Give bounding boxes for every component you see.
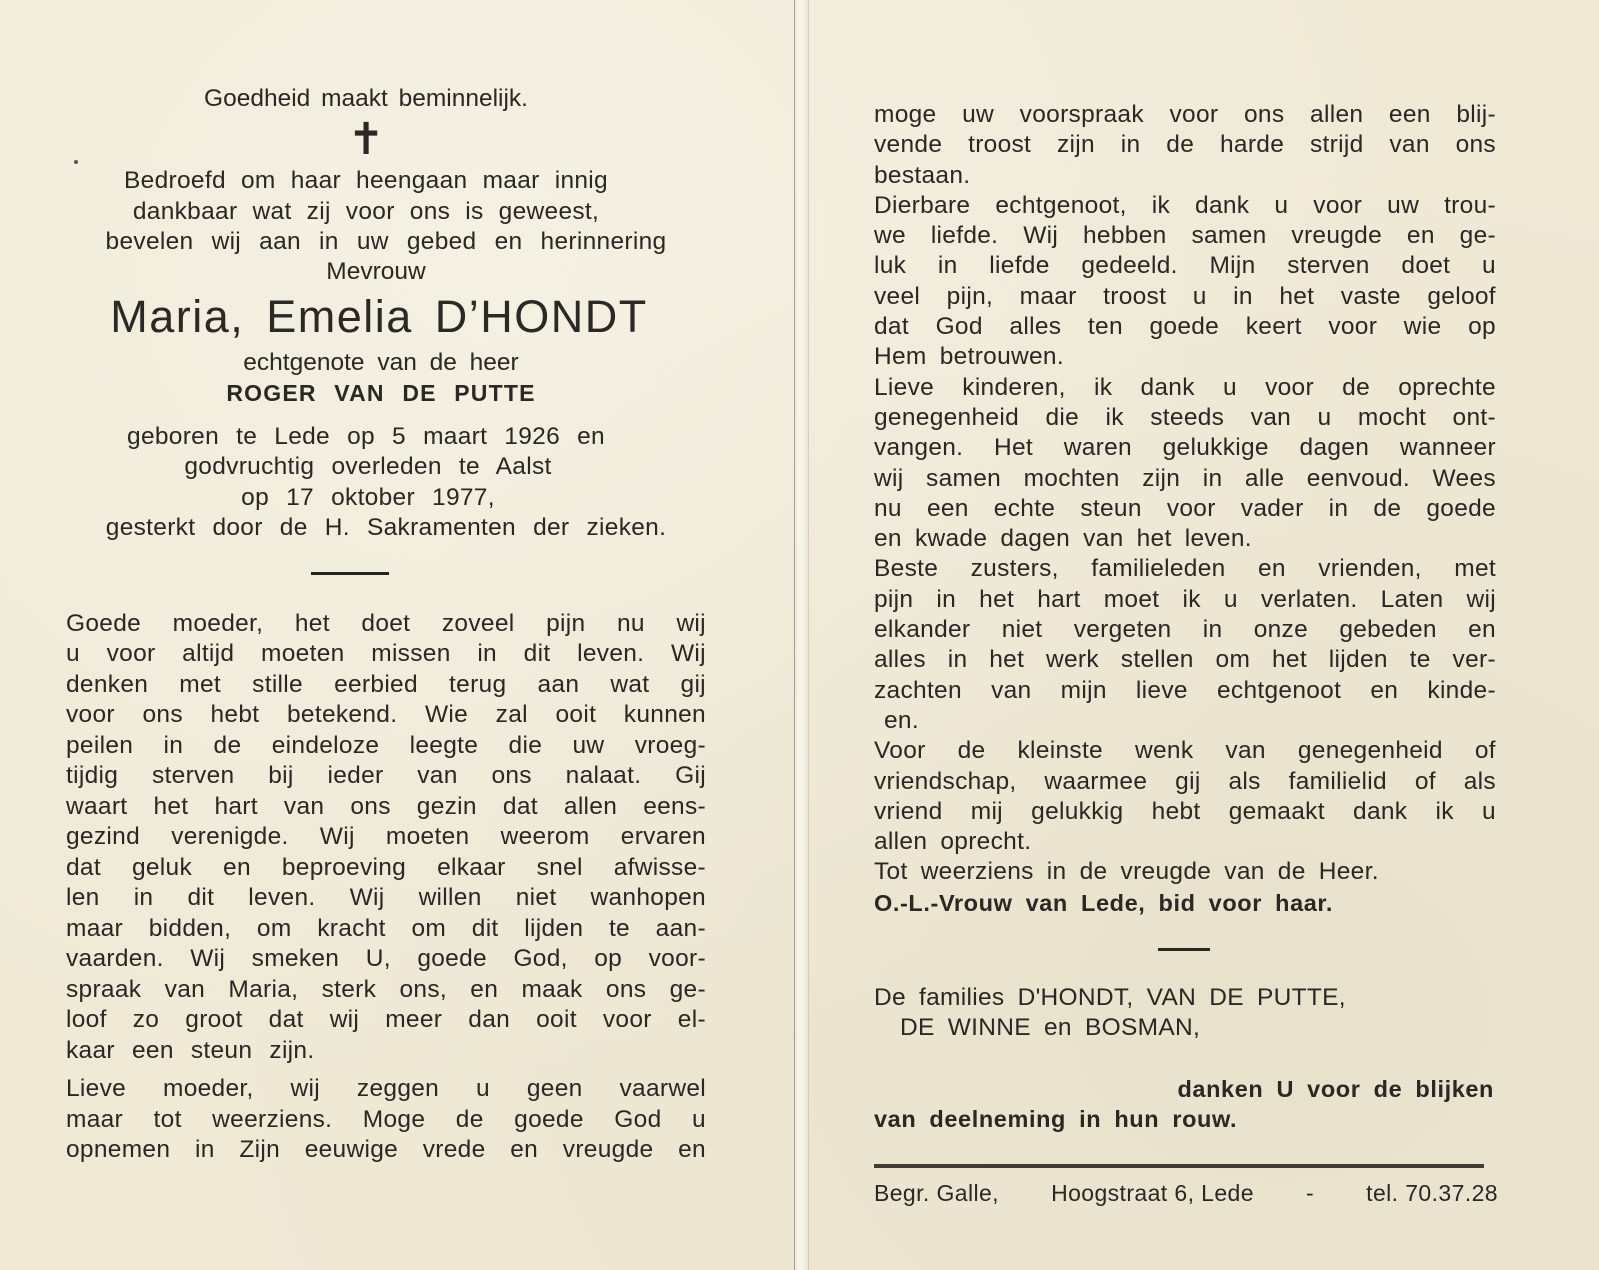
text-line: Lievekinderen,ikdankuvoordeoprechte [874, 373, 1496, 403]
word: geen [527, 1074, 583, 1105]
word: ervaren [621, 822, 706, 853]
text-line: weliefde.Wijhebbensamenvreugdeenge- [874, 221, 1496, 251]
word: of [1415, 767, 1436, 797]
word: waarmee [1044, 767, 1147, 797]
word: vriendschap, [874, 767, 1017, 797]
word: moeten [261, 639, 345, 670]
word: alles [1009, 312, 1061, 342]
word: elkaar [437, 853, 506, 884]
text-line: zachtenvanmijnlieveechtgenootenkinde- [874, 676, 1496, 706]
word: liefde. [931, 221, 998, 251]
word: tijdig [66, 761, 118, 792]
word: len [66, 883, 100, 914]
word: verlaten. [1261, 585, 1358, 615]
word: luk [874, 251, 906, 281]
word: vreugde [563, 1135, 654, 1166]
word: vroeg- [635, 731, 706, 762]
word: ten [1088, 312, 1123, 342]
word: harde [1220, 130, 1284, 160]
text-line: datGodallestengoedekeertvoorwieop [874, 312, 1496, 342]
word: van [1225, 736, 1265, 766]
word: hebt [1152, 797, 1201, 827]
word: Lieve [874, 373, 934, 403]
word: ieder [327, 761, 383, 792]
word: ge- [1460, 221, 1496, 251]
thanks-line: danken U voor de blijken [874, 1074, 1496, 1104]
text-line: leninditleven.Wijwillennietwanhopen [66, 883, 706, 914]
text-line: veelpijn,maartroostuinhetvastegeloof [874, 282, 1496, 312]
word: eenvoud. [1307, 464, 1410, 494]
word: voor [1313, 191, 1362, 221]
word: in [936, 585, 956, 615]
paragraph-gratitude: Voordekleinstewenkvangenegenheidof vrien… [874, 736, 1496, 857]
word: mijn [1061, 676, 1107, 706]
word: gezin [417, 792, 477, 823]
text-line: mogeuwvoorspraakvooronsalleneenblij- [874, 100, 1496, 130]
word: doet [1401, 251, 1450, 281]
text-line: loofzogrootdatwijmeerdanooitvoorel- [66, 1005, 706, 1036]
word: van [1389, 130, 1429, 160]
word: trou- [1444, 191, 1496, 221]
word: ge- [670, 975, 706, 1006]
word: maar [66, 1105, 123, 1136]
word: genegenheid [1298, 736, 1443, 766]
word: familielid [1289, 767, 1387, 797]
word: ooit [536, 1005, 577, 1036]
word: samen [926, 464, 1001, 494]
word: goede [514, 1105, 584, 1136]
word: kracht [317, 914, 386, 945]
word: u [1318, 403, 1332, 433]
word: strijd [1310, 130, 1364, 160]
word: werk [1046, 645, 1099, 675]
word: van [417, 761, 457, 792]
word: kinde- [1427, 676, 1496, 706]
word: vrienden, [1318, 554, 1422, 584]
word: Maria, [228, 975, 298, 1006]
word: waren [1064, 433, 1132, 463]
word: leven. [248, 883, 315, 914]
word: Laten [1381, 585, 1444, 615]
text-line: pijninhethartmoetikuverlaten.Latenwij [874, 585, 1496, 615]
word: u [1274, 191, 1288, 221]
text-line: waarthethartvanonsgezindatalleneens- [66, 792, 706, 823]
word: om [411, 914, 446, 945]
paragraph-farewell-mother: Lievemoeder,wijzeggenugeenvaarwel maarto… [66, 1074, 706, 1166]
word: gij [681, 670, 706, 701]
word: mij [971, 797, 1003, 827]
word: leven. [577, 639, 644, 670]
word: spraak [66, 975, 141, 1006]
word: onze [1254, 615, 1308, 645]
word: zijn [1142, 464, 1180, 494]
text-line: allesinhetwerkstellenomhetlijdentever- [874, 645, 1496, 675]
word: bidden, [149, 914, 231, 945]
word: vrede [423, 1135, 486, 1166]
word: en [1407, 221, 1435, 251]
word: ons [142, 700, 182, 731]
word: opnemen [66, 1135, 170, 1166]
word: Lieve [66, 1074, 126, 1105]
intro-line: Bedroefd om haar heengaan maar innig [26, 166, 706, 197]
printer-footer: Begr. Galle, Hoogstraat 6, Lede - tel. 7… [874, 1178, 1498, 1208]
text-line: wijsamenmochtenzijninalleeenvoud.Wees [874, 464, 1496, 494]
word: dit [472, 914, 499, 945]
word: van [991, 676, 1031, 706]
word: Wij [350, 883, 385, 914]
word: aan [537, 670, 579, 701]
word: altijd [182, 639, 234, 670]
word: wanhopen [591, 883, 706, 914]
paragraph-intercession: mogeuwvoorspraakvooronsalleneenblij- ven… [874, 100, 1496, 191]
word: samen [1191, 221, 1266, 251]
word: zo [133, 1005, 159, 1036]
word: gezind [66, 822, 140, 853]
word: Beste [874, 554, 938, 584]
word: Goede [66, 609, 141, 640]
word: wanneer [1400, 433, 1496, 463]
word: Mijn [1209, 251, 1255, 281]
word: voor [107, 639, 156, 670]
word: vaste [1341, 282, 1401, 312]
word: allen [564, 792, 617, 823]
word: nalaat. [566, 761, 642, 792]
word: hart [214, 792, 257, 823]
word: meer [385, 1005, 442, 1036]
life-dates: geboren te Lede op 5 maart 1926 en godvr… [66, 422, 706, 544]
word: het [295, 609, 330, 640]
word: moge [874, 100, 937, 130]
left-panel: Goedheid maakt beminnelijk. ✝ Bedroefd o… [66, 84, 706, 1174]
word: weerziens. [212, 1105, 332, 1136]
word: lijden [524, 914, 583, 945]
word: van [1251, 403, 1291, 433]
word: het [1279, 282, 1314, 312]
word: Voor [874, 736, 926, 766]
footer-separator: - [1306, 1178, 1314, 1208]
word: allen [1310, 100, 1363, 130]
word: Gij [675, 761, 706, 792]
word: die [509, 731, 543, 762]
word: zal [496, 700, 528, 731]
word: u [692, 1105, 706, 1136]
word: blij- [1456, 100, 1496, 130]
word: vreugde [1291, 221, 1382, 251]
word: zeggen [357, 1074, 439, 1105]
text-line: lukinliefdegedeeld.Mijnstervendoetu [874, 251, 1496, 281]
word: de [214, 731, 242, 762]
word: u [1482, 797, 1496, 827]
text-line: Lievemoeder,wijzeggenugeenvaarwel [66, 1074, 706, 1105]
text-line: Dierbareechtgenoot,ikdankuvooruwtrou- [874, 191, 1496, 221]
text-line: vriendmijgelukkighebtgemaaktdankiku [874, 797, 1496, 827]
word: en [1258, 554, 1286, 584]
word: elkander [874, 615, 970, 645]
families-line: De families D'HONDT, VAN DE PUTTE, [874, 983, 1496, 1014]
word: ooit [555, 700, 596, 731]
paragraph-children: Lievekinderen,ikdankuvoordeoprechte gene… [874, 373, 1496, 555]
word: niet [516, 883, 557, 914]
paragraph-husband: Dierbareechtgenoot,ikdankuvooruwtrou- we… [874, 191, 1496, 373]
word: moeten [386, 822, 470, 853]
word: wat [610, 670, 649, 701]
word: groot [185, 1005, 242, 1036]
text-line: nueenechtesteunvoorvaderindegoede [874, 494, 1496, 524]
word: dat [66, 853, 101, 884]
word: kunnen [624, 700, 706, 731]
intro-text: Bedroefd om haar heengaan maar innig dan… [66, 166, 706, 258]
text-line: denkenmetstilleeerbiedterugaanwatgij [66, 670, 706, 701]
word: oprechte [1398, 373, 1496, 403]
word: verenigde. [171, 822, 288, 853]
word: ik [1182, 585, 1200, 615]
word: te [1410, 645, 1431, 675]
word: het [1272, 645, 1307, 675]
spouse-prefix: echtgenote van de heer [56, 348, 706, 378]
word: ons [491, 761, 531, 792]
word: voor- [649, 944, 706, 975]
intro-line: bevelen wij aan in uw gebed en herinneri… [66, 227, 706, 258]
word: God, [513, 944, 567, 975]
word: hart [1037, 585, 1080, 615]
word: gedeeld. [1081, 251, 1177, 281]
word: u [1224, 585, 1238, 615]
text-line-last: en kwade dagen van het leven. [874, 524, 1496, 554]
word: maar [66, 914, 123, 945]
word: in [1203, 615, 1223, 645]
word: veel [874, 282, 920, 312]
word: Wij [320, 822, 355, 853]
word: el- [678, 1005, 706, 1036]
word: van [284, 792, 324, 823]
word: steeds [1150, 403, 1224, 433]
word: gij [1175, 767, 1200, 797]
word: alles [874, 645, 926, 675]
word: op [1468, 312, 1496, 342]
word: nu [874, 494, 902, 524]
word: en [1468, 615, 1496, 645]
birth-line: geboren te Lede op 5 maart 1926 en [26, 422, 706, 453]
text-line: gezindverenigde.Wijmoetenweeromervaren [66, 822, 706, 853]
word: ik [1094, 373, 1112, 403]
word: vangen. [874, 433, 963, 463]
word: voor [66, 700, 115, 731]
word: doet [361, 609, 410, 640]
word: echtgenoot [1217, 676, 1341, 706]
word: in [938, 251, 958, 281]
word: kinderen, [962, 373, 1066, 403]
word: voor [1328, 312, 1377, 342]
word: waart [66, 792, 127, 823]
word: uw [962, 100, 994, 130]
word: bij [268, 761, 293, 792]
word: leegte [410, 731, 479, 762]
word: het [153, 792, 188, 823]
undertaker-name: Begr. Galle, [874, 1178, 999, 1208]
word: nu [617, 609, 645, 640]
word: eerbied [334, 670, 418, 701]
word: en [678, 1135, 706, 1166]
text-line: tijdigstervenbijiedervanonsnalaat.Gij [66, 761, 706, 792]
word: in [1121, 130, 1141, 160]
word: ont- [1453, 403, 1496, 433]
fold-crease-right [808, 0, 809, 1270]
word: in [1329, 494, 1349, 524]
word: weerom [501, 822, 590, 853]
word: moeder, [163, 1074, 254, 1105]
word: een [1389, 100, 1431, 130]
word: ons [1244, 100, 1284, 130]
word: voorspraak [1020, 100, 1144, 130]
word: missen [371, 639, 450, 670]
farewell-line: Tot weerziens in de vreugde van de Heer. [874, 857, 1496, 887]
word: als [1228, 767, 1260, 797]
word: betekend. [287, 700, 397, 731]
cross-icon: ✝ [26, 114, 706, 166]
word: met [1454, 554, 1496, 584]
word: u [1482, 251, 1496, 281]
card-fold [794, 0, 808, 1270]
word: mocht [1358, 403, 1426, 433]
text-line-last: en. [874, 706, 1496, 736]
word: sterven [152, 761, 234, 792]
word: om [257, 914, 292, 945]
word: smeken [252, 944, 340, 975]
word: ik [1106, 403, 1124, 433]
word: Dierbare [874, 191, 970, 221]
text-line-last: allen oprecht. [874, 827, 1496, 857]
word: Wij [1023, 221, 1058, 251]
word: ik [1152, 191, 1170, 221]
word: in [195, 1135, 215, 1166]
word: de [958, 736, 986, 766]
deceased-name: Maria, Emelia D’HONDT [52, 288, 706, 346]
word: op [594, 944, 622, 975]
word: in [1203, 464, 1223, 494]
word: keert [1246, 312, 1302, 342]
word: vaarden. [66, 944, 164, 975]
word: ik [1436, 797, 1454, 827]
word: steun [1080, 494, 1141, 524]
word: aan- [656, 914, 706, 945]
word: uw [572, 731, 604, 762]
word: zijn [1057, 130, 1095, 160]
word: terug [449, 670, 506, 701]
paragraph-mother: Goedemoeder,hetdoetzoveelpijnnuwij uvoor… [66, 609, 706, 1067]
text-line: elkandernietvergeteninonzegebedenen [874, 615, 1496, 645]
word: eindeloze [272, 731, 380, 762]
word: moeder, [173, 609, 264, 640]
text-line: vendetroostzijnindehardestrijdvanons [874, 130, 1496, 160]
word: goede [1149, 312, 1219, 342]
word: en [1370, 676, 1398, 706]
word: in [164, 731, 184, 762]
word: gelukkige [1163, 433, 1269, 463]
intro-line: dankbaar wat zij voor ons is geweest, [26, 197, 706, 228]
word: snel [537, 853, 583, 884]
word: het [979, 585, 1014, 615]
word: eeuwige [305, 1135, 398, 1166]
text-line: maarbidden,omkrachtomditlijdenteaan- [66, 914, 706, 945]
word: stille [252, 670, 303, 701]
word: afwisse- [614, 853, 706, 884]
word: Het [994, 433, 1033, 463]
word: eens- [643, 792, 706, 823]
word: pijn [874, 585, 913, 615]
word: dank [1140, 373, 1194, 403]
word: God [936, 312, 983, 342]
text-line: vaarden.WijsmekenU,goedeGod,opvoor- [66, 944, 706, 975]
word: U, [366, 944, 391, 975]
word: Moge [363, 1105, 426, 1136]
word: echtgenoot, [995, 191, 1126, 221]
word: kleinste [1018, 736, 1103, 766]
word: Wie [425, 700, 468, 731]
word: uw [1387, 191, 1419, 221]
word: in [134, 883, 154, 914]
word: die [1045, 403, 1079, 433]
word: ons, [399, 975, 447, 1006]
word: voor [1265, 373, 1314, 403]
text-line: datgelukenbeproevingelkaarsnelafwisse- [66, 853, 706, 884]
word: vriend [874, 797, 943, 827]
word: dit [187, 883, 214, 914]
word: in [1233, 282, 1253, 312]
word: ver- [1453, 645, 1496, 675]
text-line: vooronshebtbetekend.Wiezalooitkunnen [66, 700, 706, 731]
invocation-line: O.-L.-Vrouw van Lede, bid voor haar. [874, 888, 1496, 918]
word: dank [1195, 191, 1249, 221]
text-line: uvooraltijdmoetenmisseninditleven.Wij [66, 639, 706, 670]
word: vader [1241, 494, 1304, 524]
text-line: genegenheiddieiksteedsvanumochtont- [874, 403, 1496, 433]
word: geloof [1427, 282, 1496, 312]
word: vergeten [1074, 615, 1172, 645]
text-line: spraakvanMaria,sterkons,enmaakonsge- [66, 975, 706, 1006]
word: om [1216, 645, 1251, 675]
text-line: maartotweerziens.MogedegoedeGodu [66, 1105, 706, 1136]
text-line-last: kaar een steun zijn. [66, 1036, 706, 1067]
word: maak [521, 975, 582, 1006]
paragraph-family-friends: Bestezusters,familieledenenvrienden,met … [874, 554, 1496, 736]
word: denken [66, 670, 148, 701]
word: dat [269, 1005, 304, 1036]
word: we [874, 221, 906, 251]
word: ons [1456, 130, 1496, 160]
word: tot [154, 1105, 182, 1136]
word: gelukkig [1031, 797, 1123, 827]
word: voor [1167, 494, 1216, 524]
word: goede [1426, 494, 1496, 524]
word: mochten [1024, 464, 1120, 494]
undertaker-phone: tel. 70.37.28 [1366, 1178, 1498, 1208]
word: wij [291, 1074, 320, 1105]
motto: Goedheid maakt beminnelijk. [26, 84, 706, 114]
word: echte [994, 494, 1055, 524]
word: het [989, 645, 1024, 675]
word: genegenheid [874, 403, 1019, 433]
text-line-last: Hem betrouwen. [874, 342, 1496, 372]
fold-crease-left [794, 0, 795, 1270]
word: dat [874, 312, 909, 342]
word: pijn, [947, 282, 993, 312]
word: niet [1002, 615, 1043, 645]
word: willen [419, 883, 482, 914]
word: de [1166, 130, 1194, 160]
word: dit [524, 639, 551, 670]
word: maar [1020, 282, 1077, 312]
word: ons [606, 975, 646, 1006]
